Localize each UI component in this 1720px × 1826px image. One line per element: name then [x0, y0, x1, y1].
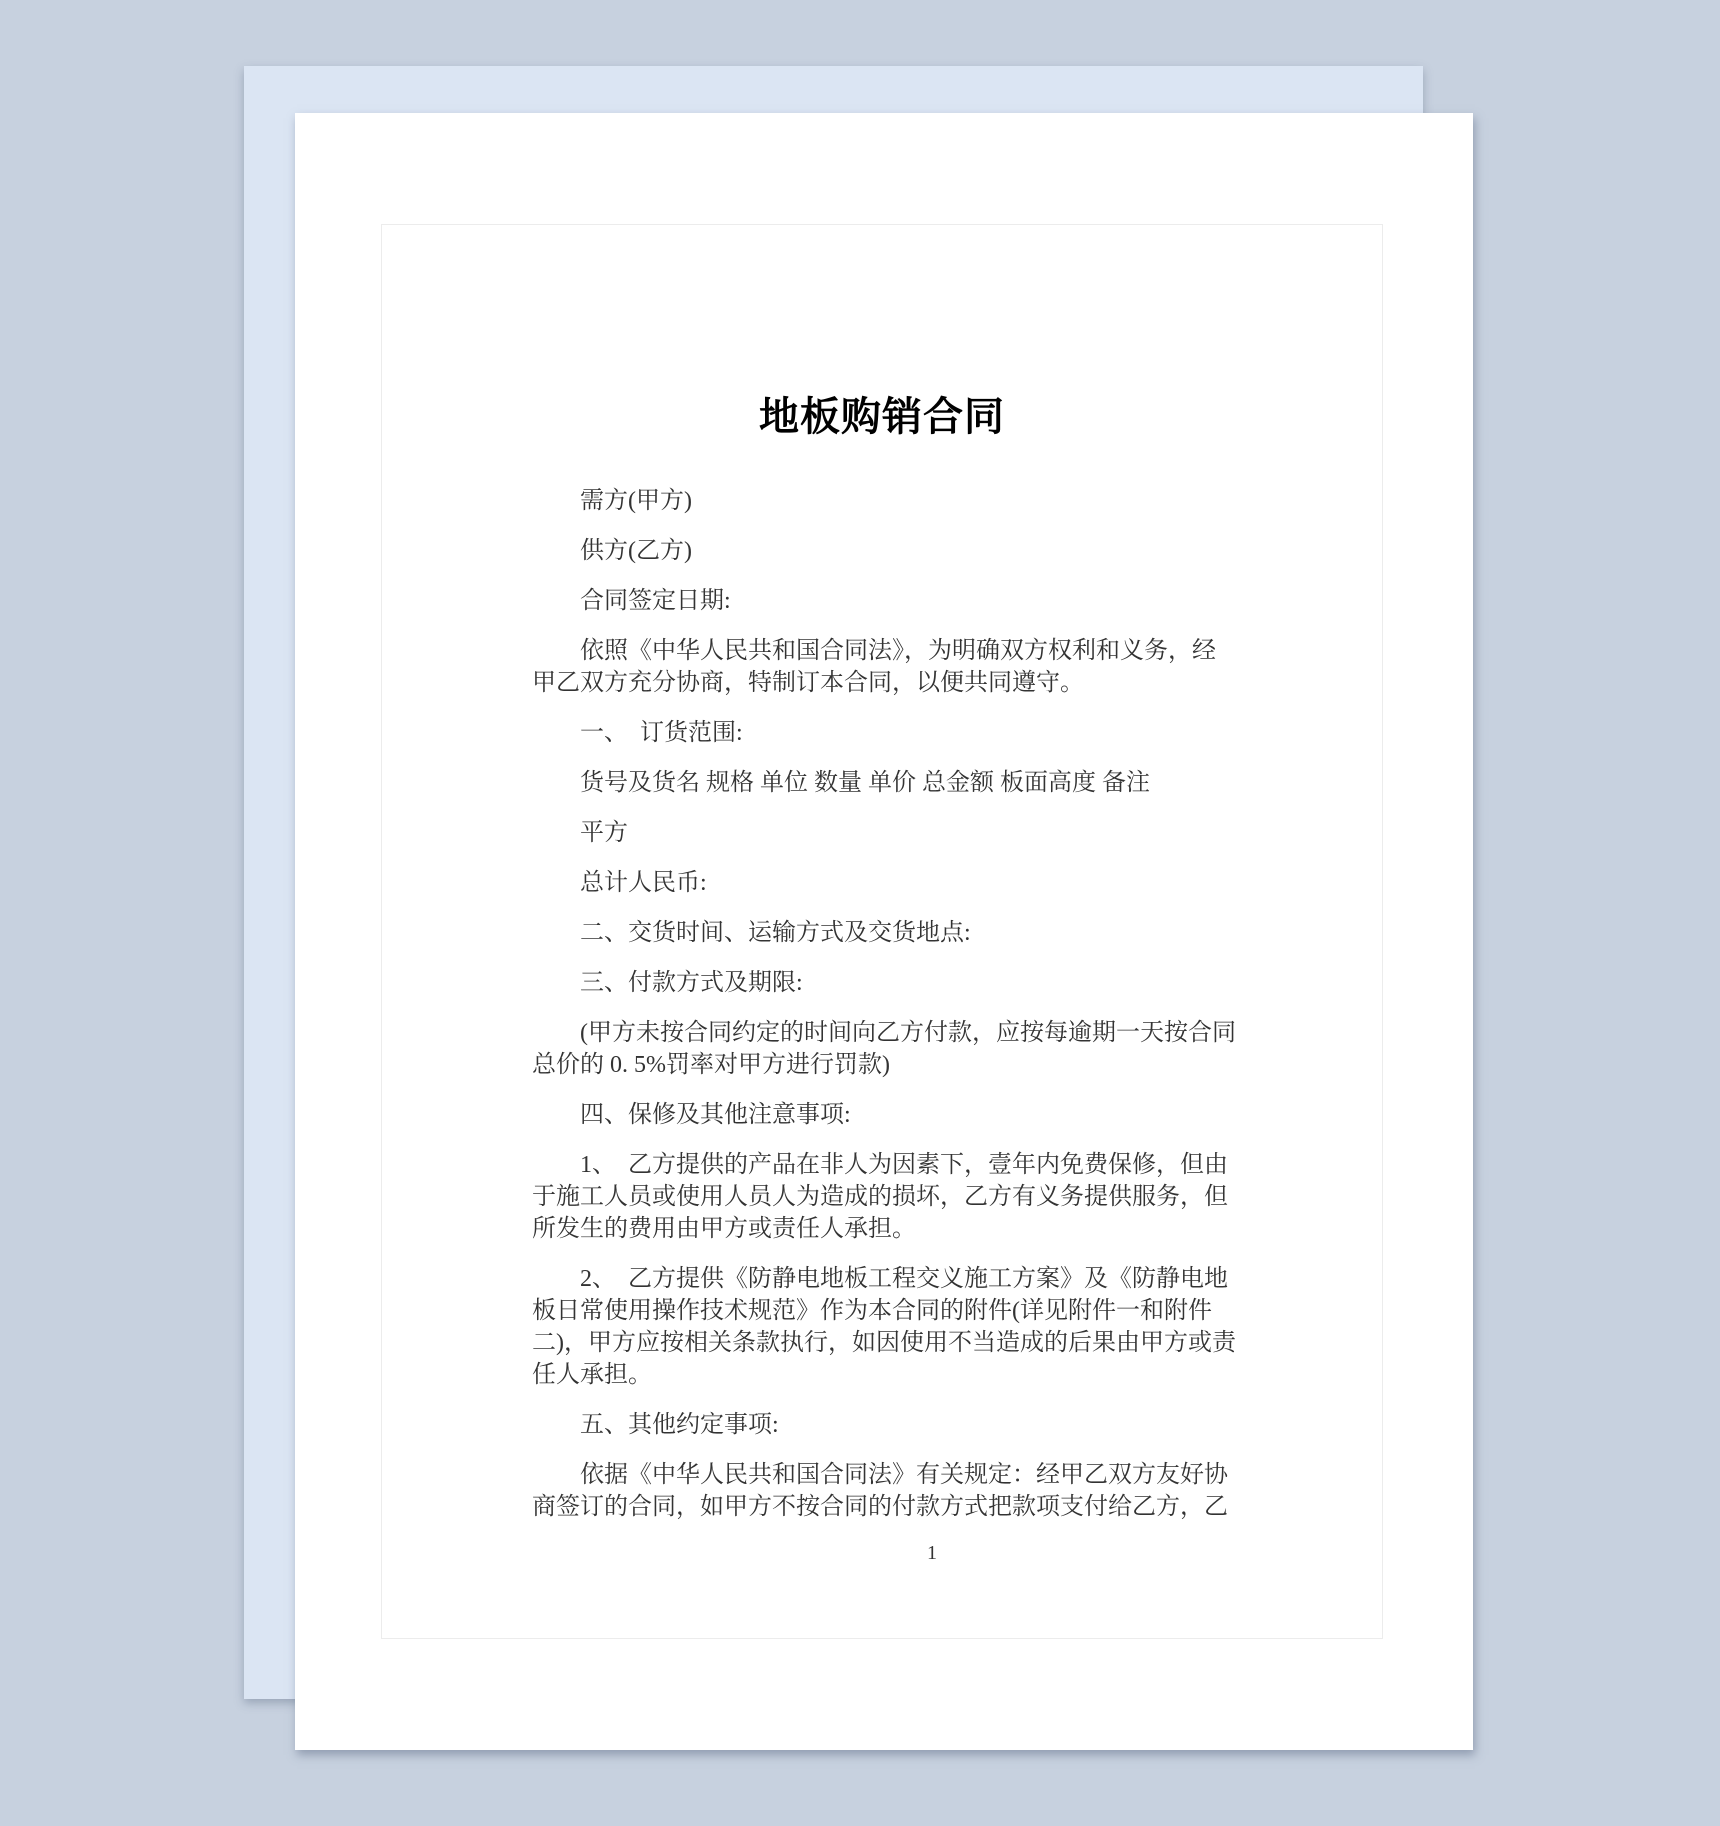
- desktop-background: 地板购销合同 需方(甲方)供方(乙方)合同签定日期:依照《中华人民共和国合同法》…: [0, 0, 1720, 1826]
- content-frame: 地板购销合同 需方(甲方)供方(乙方)合同签定日期:依照《中华人民共和国合同法》…: [381, 224, 1383, 1639]
- paragraph: 二、交货时间、运输方式及交货地点:: [532, 917, 1332, 949]
- paragraph: 三、付款方式及期限:: [532, 967, 1332, 999]
- paragraph: 四、保修及其他注意事项:: [532, 1099, 1332, 1131]
- paragraph: 总计人民币:: [532, 867, 1332, 899]
- paragraph: (甲方未按合同约定的时间向乙方付款，应按每逾期一天按合同 总价的 0. 5%罚率…: [532, 1017, 1332, 1081]
- paragraph: 1、 乙方提供的产品在非人为因素下，壹年内免费保修，但由 于施工人员或使用人员人…: [532, 1149, 1332, 1245]
- paragraph: 货号及货名 规格 单位 数量 单价 总金额 板面高度 备注: [532, 767, 1332, 799]
- paragraph: 五、其他约定事项:: [532, 1409, 1332, 1441]
- paragraph: 供方(乙方): [532, 535, 1332, 567]
- document-page: 地板购销合同 需方(甲方)供方(乙方)合同签定日期:依照《中华人民共和国合同法》…: [295, 113, 1473, 1750]
- paragraph: 依照《中华人民共和国合同法》，为明确双方权利和义务，经 甲乙双方充分协商，特制订…: [532, 635, 1332, 699]
- document-body: 需方(甲方)供方(乙方)合同签定日期:依照《中华人民共和国合同法》，为明确双方权…: [382, 485, 1332, 1565]
- page-number: 1: [532, 1541, 1332, 1565]
- paragraph: 合同签定日期:: [532, 585, 1332, 617]
- paragraph: 平方: [532, 817, 1332, 849]
- paragraph: 一、 订货范围:: [532, 717, 1332, 749]
- paragraph: 2、 乙方提供《防静电地板工程交义施工方案》及《防静电地 板日常使用操作技术规范…: [532, 1263, 1332, 1391]
- document-title: 地板购销合同: [382, 397, 1382, 437]
- paragraph: 需方(甲方): [532, 485, 1332, 517]
- paragraph: 依据《中华人民共和国合同法》有关规定：经甲乙双方友好协 商签订的合同，如甲方不按…: [532, 1459, 1332, 1523]
